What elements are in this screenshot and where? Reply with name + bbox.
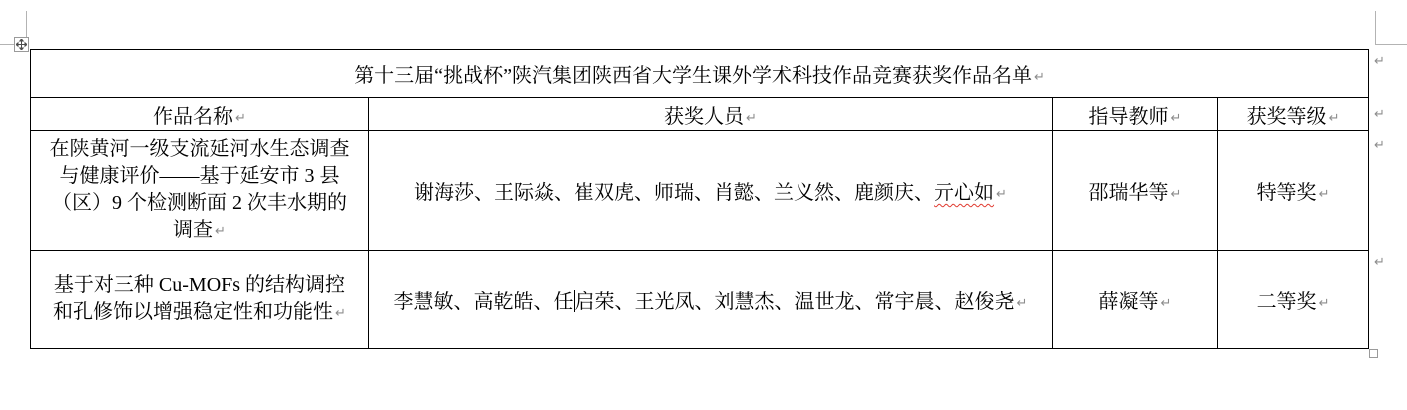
cell-work-name[interactable]: 基于对三种 Cu-MOFs 的结构调控 和孔修饰以增强稳定性和功能性↵	[31, 251, 369, 349]
cell-award[interactable]: 特等奖↵	[1218, 131, 1369, 251]
paragraph-mark-icon: ↵	[1171, 187, 1182, 202]
award-text: 二等奖	[1257, 291, 1317, 313]
table-row: 基于对三种 Cu-MOFs 的结构调控 和孔修饰以增强稳定性和功能性↵ 李慧敏、…	[31, 251, 1369, 349]
award-text: 特等奖	[1257, 182, 1317, 204]
row-end-mark-icon: ↵	[1374, 256, 1385, 269]
table-title: 第十三届“挑战杯”陕汽集团陕西省大学生课外学术科技作品竞赛获奖作品名单	[354, 65, 1032, 87]
table-row: 在陕黄河一级支流延河水生态调查 与健康评价——基于延安市 3 县 （区）9 个检…	[31, 131, 1369, 251]
winners-text: 李慧敏、高乾皓、任	[394, 291, 574, 313]
column-header-winners-label: 获奖人员	[664, 106, 744, 128]
awards-table: 第十三届“挑战杯”陕汽集团陕西省大学生课外学术科技作品竞赛获奖作品名单↵ 作品名…	[30, 49, 1369, 349]
winners-text: 启荣、王光凤、刘慧杰、温世龙、常宇晨、赵俊尧	[575, 291, 1015, 313]
column-header-advisor[interactable]: 指导教师↵	[1053, 98, 1218, 131]
table-resize-handle[interactable]	[1369, 349, 1378, 358]
table-move-handle[interactable]	[14, 37, 29, 52]
paragraph-mark-icon: ↵	[1319, 187, 1330, 202]
row-end-mark-icon: ↵	[1374, 139, 1385, 152]
column-header-work[interactable]: 作品名称↵	[31, 98, 369, 131]
paragraph-mark-icon: ↵	[215, 224, 226, 239]
cell-work-name[interactable]: 在陕黄河一级支流延河水生态调查 与健康评价——基于延安市 3 县 （区）9 个检…	[31, 131, 369, 251]
cell-winners[interactable]: 谢海莎、王际焱、崔双虎、师瑞、肖懿、兰义然、鹿颜庆、亓心如↵	[369, 131, 1053, 251]
work-name-text: 基于对三种 Cu-MOFs 的结构调控 和孔修饰以增强稳定性和功能性	[53, 274, 345, 323]
column-header-work-label: 作品名称	[153, 106, 233, 128]
work-name-text: 在陕黄河一级支流延河水生态调查 与健康评价——基于延安市 3 县 （区）9 个检…	[50, 138, 350, 241]
column-header-award-label: 获奖等级	[1247, 106, 1327, 128]
text-boundary-mark-top-right-vertical	[1375, 11, 1376, 45]
paragraph-mark-icon: ↵	[1319, 296, 1330, 311]
paragraph-mark-icon: ↵	[335, 306, 346, 321]
column-header-winners[interactable]: 获奖人员↵	[369, 98, 1053, 131]
paragraph-mark-icon: ↵	[1329, 111, 1340, 126]
advisor-text: 邵瑞华等	[1089, 182, 1169, 204]
table-title-cell[interactable]: 第十三届“挑战杯”陕汽集团陕西省大学生课外学术科技作品竞赛获奖作品名单↵	[31, 50, 1369, 98]
move-arrows-icon	[16, 39, 27, 50]
winners-text: 谢海莎、王际焱、崔双虎、师瑞、肖懿、兰义然、鹿颜庆、	[414, 182, 934, 204]
paragraph-mark-icon: ↵	[1171, 111, 1182, 126]
paragraph-mark-icon: ↵	[1161, 296, 1172, 311]
cell-advisor[interactable]: 薛凝等↵	[1053, 251, 1218, 349]
advisor-text: 薛凝等	[1099, 291, 1159, 313]
row-end-mark-icon: ↵	[1374, 108, 1385, 121]
paragraph-mark-icon: ↵	[746, 111, 757, 126]
cell-winners[interactable]: 李慧敏、高乾皓、任启荣、王光凤、刘慧杰、温世龙、常宇晨、赵俊尧↵	[369, 251, 1053, 349]
row-end-mark-icon: ↵	[1374, 55, 1385, 68]
paragraph-mark-icon: ↵	[996, 187, 1007, 202]
column-header-award[interactable]: 获奖等级↵	[1218, 98, 1369, 131]
winners-text-misspelled: 亓心如	[934, 182, 994, 204]
cell-award[interactable]: 二等奖↵	[1218, 251, 1369, 349]
table-title-row: 第十三届“挑战杯”陕汽集团陕西省大学生课外学术科技作品竞赛获奖作品名单↵	[31, 50, 1369, 98]
paragraph-mark-icon: ↵	[1034, 70, 1045, 85]
text-boundary-mark-top-right-horizontal	[1375, 44, 1407, 45]
table-header-row: 作品名称↵ 获奖人员↵ 指导教师↵ 获奖等级↵	[31, 98, 1369, 131]
paragraph-mark-icon: ↵	[1017, 296, 1028, 311]
cell-advisor[interactable]: 邵瑞华等↵	[1053, 131, 1218, 251]
word-document-page: { "marks": { "paragraph": "↵", "row_end"…	[0, 0, 1407, 410]
column-header-advisor-label: 指导教师	[1089, 106, 1169, 128]
paragraph-mark-icon: ↵	[235, 111, 246, 126]
